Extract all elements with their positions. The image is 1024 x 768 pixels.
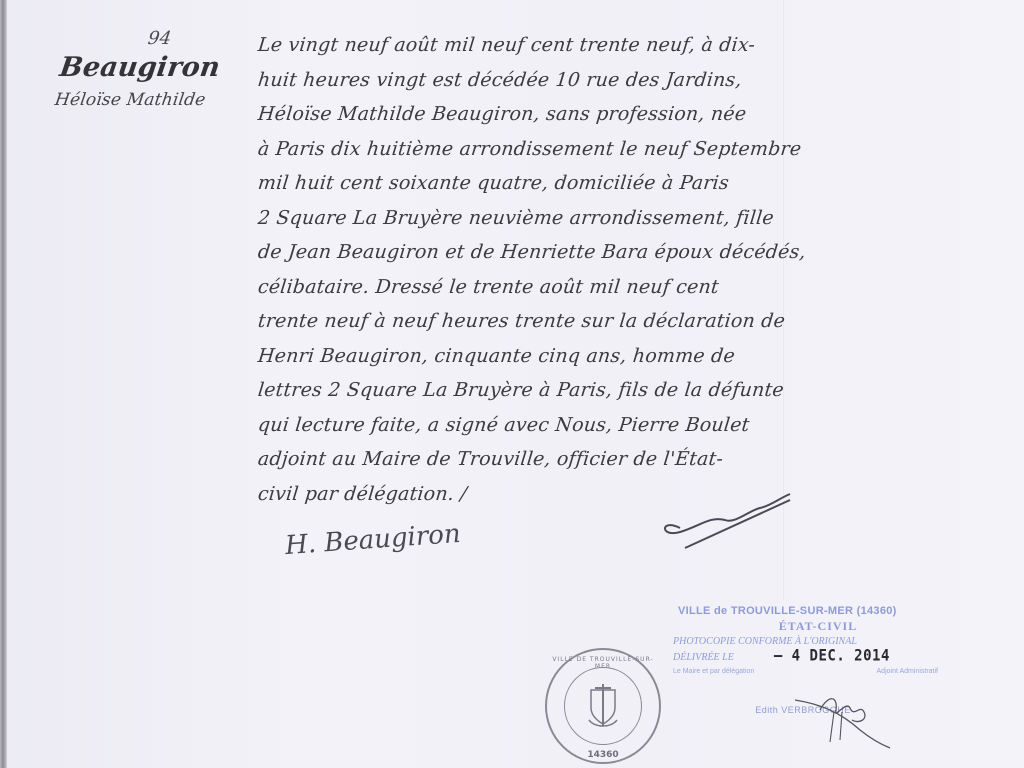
declarant-signature: H. Beaugiron [284,519,461,561]
officer-signature [640,480,800,560]
body-line: lettres 2 Square La Bruyère à Paris, fil… [256,373,800,408]
body-line: mil huit cent soixante quatre, domicilié… [256,166,800,201]
body-line: de Jean Beaugiron et de Henriette Bara é… [256,235,800,270]
seal-inner-ring [564,667,642,745]
stamp-date: – 4 DEC. 2014 [774,647,890,665]
body-line: qui lecture faite, a signé avec Nous, Pi… [256,408,800,443]
stamp-date-row: DÉLIVRÉE LE – 4 DEC. 2014 [668,648,968,664]
body-line: 2 Square La Bruyère neuvième arrondissem… [256,201,800,236]
stamp-copy-notice: PHOTOCOPIE CONFORME À L'ORIGINAL [668,636,968,647]
margin-surname: Beaugiron [58,52,222,83]
stamp-signature [790,690,900,750]
body-line: huit heures vingt est décédée 10 rue des… [256,63,800,98]
stamp-delivered-label: DÉLIVRÉE LE [668,652,734,663]
stamp-title: ÉTAT-CIVIL [668,619,968,634]
body-line: trente neuf à neuf heures trente sur la … [256,304,800,339]
anchor-shield-icon [583,682,623,730]
scanned-document-page: 94 Beaugiron Héloïse Mathilde Le vingt n… [0,0,1024,768]
record-number: 94 [147,28,173,49]
page-left-edge-shadow [0,0,7,768]
seal-postal-code: 14360 [547,750,659,760]
record-body: Le vingt neuf août mil neuf cent trente … [258,28,798,511]
seal-ring-text: VILLE DE TROUVILLE-SUR-MER [547,656,659,670]
body-line: Le vingt neuf août mil neuf cent trente … [256,28,800,63]
stamp-role: Adjoint Administratif [877,668,938,675]
body-line: Héloïse Mathilde Beaugiron, sans profess… [256,97,800,132]
body-line: Henri Beaugiron, cinquante cinq ans, hom… [256,339,800,374]
body-line: célibataire. Dressé le trente août mil n… [256,270,800,305]
body-line: adjoint au Maire de Trouville, officier … [256,442,800,477]
municipal-seal: VILLE DE TROUVILLE-SUR-MER 14360 [545,648,661,764]
stamp-town: VILLE de TROUVILLE-SUR-MER (14360) [668,605,968,617]
stamp-signatory-row: Le Maire et par délégation Adjoint Admin… [668,668,968,675]
body-line: à Paris dix huitième arrondissement le n… [256,132,800,167]
stamp-mayor-label: Le Maire et par délégation [673,668,754,675]
margin-given-names: Héloïse Mathilde [54,90,207,110]
